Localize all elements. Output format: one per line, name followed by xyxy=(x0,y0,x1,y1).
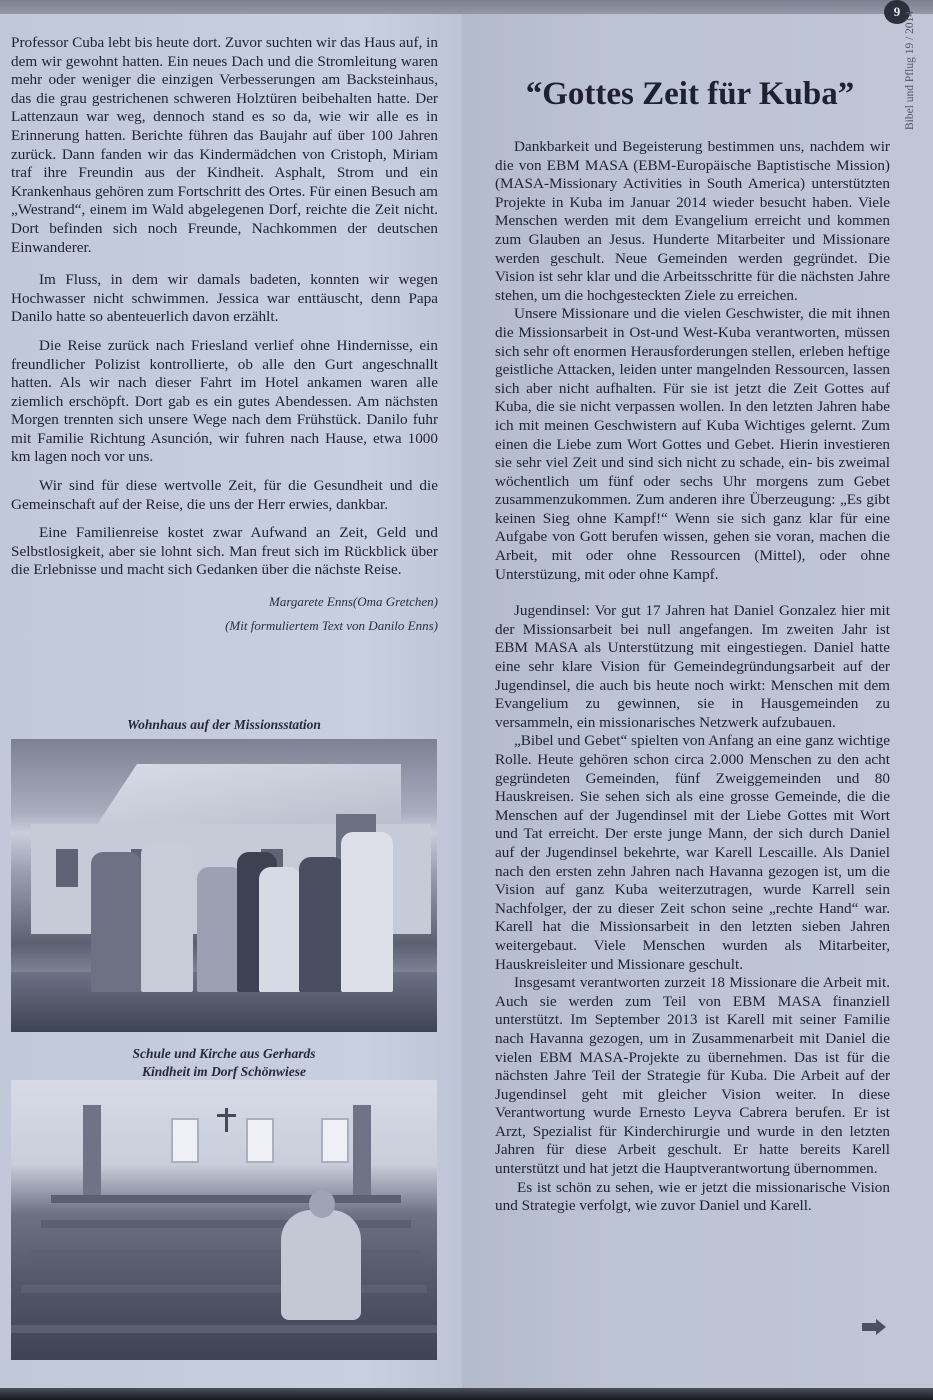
cross-bar xyxy=(217,1114,236,1117)
paragraph: Wir sind für diese wertvolle Zeit, für d… xyxy=(11,477,438,514)
paragraph: Unsere Missionare und die vielen Geschwi… xyxy=(495,305,890,584)
photo-caption-church: Schule und Kirche aus Gerhards Kindheit … xyxy=(11,1045,437,1081)
photo-caption-house: Wohnhaus auf der Missionsstation xyxy=(11,716,437,734)
paragraph: Im Fluss, in dem wir damals badeten, kon… xyxy=(11,271,438,327)
paragraph: Die Reise zurück nach Friesland verlief … xyxy=(11,337,438,467)
church-window xyxy=(321,1118,349,1163)
church-window xyxy=(171,1118,199,1163)
paragraph: Insgesamt verantworten zurzeit 18 Missio… xyxy=(495,974,890,1179)
paragraph: Es ist schön zu sehen, wie er jetzt die … xyxy=(495,1179,890,1216)
caption-line: Kindheit im Dorf Schönwiese xyxy=(11,1063,437,1081)
church-window xyxy=(246,1118,274,1163)
article-body: Dankbarkeit und Begeisterung bestimmen u… xyxy=(495,138,890,1216)
seated-man-head xyxy=(309,1190,335,1218)
person xyxy=(341,832,393,992)
paragraph: Dankbarkeit und Begeisterung bestimmen u… xyxy=(495,138,890,305)
church-pillar xyxy=(83,1105,101,1195)
arrow-right-icon xyxy=(862,1319,886,1335)
church-pew xyxy=(31,1250,421,1258)
author-signature: Margarete Enns(Oma Gretchen) xyxy=(11,590,438,614)
cross-icon xyxy=(225,1108,228,1132)
paragraph: „Bibel und Gebet“ spielten von Anfang an… xyxy=(495,732,890,974)
paragraph: Professor Cuba lebt bis heute dort. Zuvo… xyxy=(11,34,438,257)
person xyxy=(91,852,141,992)
church-pew xyxy=(51,1195,401,1203)
church-pew xyxy=(21,1285,427,1293)
house-window xyxy=(56,849,78,887)
church-pillar xyxy=(353,1105,371,1195)
caption-line: Schule und Kirche aus Gerhards xyxy=(11,1045,437,1063)
author-note: (Mit formuliertem Text von Danilo Enns) xyxy=(11,614,438,638)
photo-church-interior xyxy=(11,1080,437,1360)
church-pew xyxy=(11,1325,437,1333)
left-article-continuation: Professor Cuba lebt bis heute dort. Zuvo… xyxy=(11,34,438,638)
photo-family-at-mission-house xyxy=(11,739,437,1032)
person xyxy=(299,857,345,992)
paragraph: Eine Familienreise kostet zwar Aufwand a… xyxy=(11,524,438,580)
seated-man xyxy=(281,1210,361,1320)
person xyxy=(259,867,301,992)
paragraph: Jugendinsel: Vor gut 17 Jahren hat Danie… xyxy=(495,602,890,732)
article-title: “Gottes Zeit für Kuba” xyxy=(470,74,910,114)
bottom-edge-shadow xyxy=(0,1388,933,1400)
person xyxy=(141,842,193,992)
